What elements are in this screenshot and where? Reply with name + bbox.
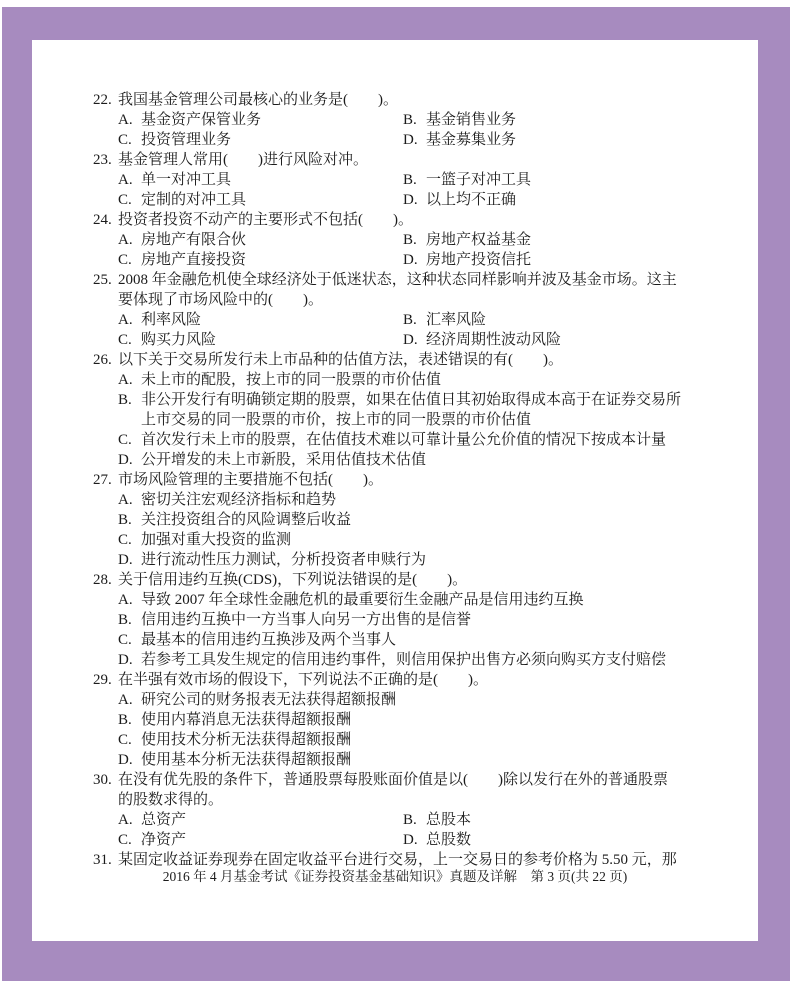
option-label: C. <box>118 830 141 850</box>
option-label: B. <box>118 710 141 730</box>
option-text: 公开增发的未上市新股，采用估值技术估值 <box>141 450 702 470</box>
option-group: A.房地产有限合伙B.房地产权益基金C.房地产直接投资D.房地产投资信托 <box>118 230 702 270</box>
question-item: 30.在没有优先股的条件下，普通股票每股账面价值是以( )除以发行在外的普通股票… <box>93 770 702 850</box>
option-row: A.基金资产保管业务 <box>118 110 403 130</box>
option-text: 房地产投资信托 <box>426 250 702 270</box>
question-number: 28. <box>93 570 118 590</box>
option-row: B.房地产权益基金 <box>403 230 702 250</box>
question-list: 22.我国基金管理公司最核心的业务是( )。A.基金资产保管业务B.基金销售业务… <box>93 90 702 870</box>
option-label: B. <box>118 390 141 410</box>
option-row: A.未上市的配股，按上市的同一股票的市价估值 <box>118 370 702 390</box>
option-row: D.经济周期性波动风险 <box>403 330 702 350</box>
option-row: C.最基本的信用违约互换涉及两个当事人 <box>118 630 702 650</box>
option-label: C. <box>118 630 141 650</box>
question-number: 22. <box>93 90 118 110</box>
option-label: B. <box>403 170 426 190</box>
option-text: 若参考工具发生规定的信用违约事件，则信用保护出售方必须向购买方支付赔偿 <box>141 650 702 670</box>
option-label: C. <box>118 250 141 270</box>
question-number: 26. <box>93 350 118 370</box>
option-label: D. <box>118 450 141 470</box>
option-row: D.总股数 <box>403 830 702 850</box>
option-text: 基金募集业务 <box>426 130 702 150</box>
option-label: D. <box>403 330 426 350</box>
question-stem: 2008 年金融危机使全球经济处于低迷状态，这种状态同样影响并波及基金市场。这主… <box>118 270 702 310</box>
option-text: 使用内幕消息无法获得超额报酬 <box>141 710 702 730</box>
question-item: 28.关于信用违约互换(CDS)，下列说法错误的是( )。A.导致 2007 年… <box>93 570 702 670</box>
option-label: B. <box>403 310 426 330</box>
option-label: B. <box>118 610 141 630</box>
option-text: 以上均不正确 <box>426 190 702 210</box>
option-label: D. <box>403 250 426 270</box>
option-text: 加强对重大投资的监测 <box>141 530 702 550</box>
option-label: B. <box>403 230 426 250</box>
option-text: 总资产 <box>141 810 403 830</box>
question-number: 30. <box>93 770 118 790</box>
option-row: D.以上均不正确 <box>403 190 702 210</box>
option-group: A.基金资产保管业务B.基金销售业务C.投资管理业务D.基金募集业务 <box>118 110 702 150</box>
option-label: C. <box>118 330 141 350</box>
option-text: 定制的对冲工具 <box>141 190 403 210</box>
option-group: A.研究公司的财务报表无法获得超额报酬B.使用内幕消息无法获得超额报酬C.使用技… <box>118 690 702 770</box>
option-text: 利率风险 <box>141 310 403 330</box>
question-item: 27.市场风险管理的主要措施不包括( )。A.密切关注宏观经济指标和趋势B.关注… <box>93 470 702 570</box>
question-number: 25. <box>93 270 118 290</box>
question-stem: 关于信用违约互换(CDS)，下列说法错误的是( )。 <box>118 570 702 590</box>
option-row: D.若参考工具发生规定的信用违约事件，则信用保护出售方必须向购买方支付赔偿 <box>118 650 702 670</box>
option-label: D. <box>403 190 426 210</box>
option-label: A. <box>118 230 141 250</box>
option-row: B.关注投资组合的风险调整后收益 <box>118 510 702 530</box>
question-number: 24. <box>93 210 118 230</box>
option-row: C.房地产直接投资 <box>118 250 403 270</box>
option-text: 关注投资组合的风险调整后收益 <box>141 510 702 530</box>
option-text: 经济周期性波动风险 <box>426 330 702 350</box>
option-row: C.定制的对冲工具 <box>118 190 403 210</box>
option-text: 研究公司的财务报表无法获得超额报酬 <box>141 690 702 710</box>
question-stem: 投资者投资不动产的主要形式不包括( )。 <box>118 210 702 230</box>
option-text: 房地产有限合伙 <box>141 230 403 250</box>
option-row: B.总股本 <box>403 810 702 830</box>
option-label: B. <box>403 810 426 830</box>
option-label: A. <box>118 370 141 390</box>
option-text: 进行流动性压力测试，分析投资者申赎行为 <box>141 550 702 570</box>
option-text: 基金资产保管业务 <box>141 110 403 130</box>
option-label: C. <box>118 730 141 750</box>
option-label: A. <box>118 310 141 330</box>
option-label: A. <box>118 110 141 130</box>
option-label: A. <box>118 490 141 510</box>
option-group: A.未上市的配股，按上市的同一股票的市价估值B.非公开发行有明确锁定期的股票，如… <box>118 370 702 470</box>
question-number: 29. <box>93 670 118 690</box>
option-label: C. <box>118 430 141 450</box>
option-text: 使用技术分析无法获得超额报酬 <box>141 730 702 750</box>
option-label: D. <box>403 130 426 150</box>
option-text: 投资管理业务 <box>141 130 403 150</box>
option-text: 购买力风险 <box>141 330 403 350</box>
question-item: 25.2008 年金融危机使全球经济处于低迷状态，这种状态同样影响并波及基金市场… <box>93 270 702 350</box>
option-row: D.公开增发的未上市新股，采用估值技术估值 <box>118 450 702 470</box>
page-footer: 2016 年 4 月基金考试《证券投资基金基础知识》真题及详解 第 3 页(共 … <box>32 867 758 887</box>
option-row: A.总资产 <box>118 810 403 830</box>
option-row: A.研究公司的财务报表无法获得超额报酬 <box>118 690 702 710</box>
question-number: 23. <box>93 150 118 170</box>
option-row: A.导致 2007 年全球性金融危机的最重要衍生金融产品是信用违约互换 <box>118 590 702 610</box>
option-text: 单一对冲工具 <box>141 170 403 190</box>
option-row: A.房地产有限合伙 <box>118 230 403 250</box>
option-row: D.基金募集业务 <box>403 130 702 150</box>
question-stem: 在半强有效市场的假设下，下列说法不正确的是( )。 <box>118 670 702 690</box>
option-row: A.单一对冲工具 <box>118 170 403 190</box>
option-label: A. <box>118 590 141 610</box>
option-row: A.利率风险 <box>118 310 403 330</box>
option-row: B.非公开发行有明确锁定期的股票，如果在估值日其初始取得成本高于在证券交易所 上… <box>118 390 702 430</box>
question-item: 22.我国基金管理公司最核心的业务是( )。A.基金资产保管业务B.基金销售业务… <box>93 90 702 150</box>
option-row: B.使用内幕消息无法获得超额报酬 <box>118 710 702 730</box>
question-number: 27. <box>93 470 118 490</box>
option-row: C.购买力风险 <box>118 330 403 350</box>
option-row: C.净资产 <box>118 830 403 850</box>
option-row: D.房地产投资信托 <box>403 250 702 270</box>
option-text: 一篮子对冲工具 <box>426 170 702 190</box>
question-stem: 基金管理人常用( )进行风险对冲。 <box>118 150 702 170</box>
option-row: D.进行流动性压力测试，分析投资者申赎行为 <box>118 550 702 570</box>
option-label: D. <box>118 750 141 770</box>
option-text: 总股数 <box>426 830 702 850</box>
option-group: A.总资产B.总股本C.净资产D.总股数 <box>118 810 702 850</box>
option-text: 密切关注宏观经济指标和趋势 <box>141 490 702 510</box>
option-row: D.使用基本分析无法获得超额报酬 <box>118 750 702 770</box>
option-text: 房地产直接投资 <box>141 250 403 270</box>
option-label: A. <box>118 170 141 190</box>
option-text: 使用基本分析无法获得超额报酬 <box>141 750 702 770</box>
option-text: 未上市的配股，按上市的同一股票的市价估值 <box>141 370 702 390</box>
question-stem: 以下关于交易所发行未上市品种的估值方法，表述错误的有( )。 <box>118 350 702 370</box>
option-text: 房地产权益基金 <box>426 230 702 250</box>
option-label: C. <box>118 530 141 550</box>
option-label: D. <box>118 550 141 570</box>
option-label: D. <box>118 650 141 670</box>
option-text: 非公开发行有明确锁定期的股票，如果在估值日其初始取得成本高于在证券交易所 上市交… <box>141 390 702 430</box>
question-item: 29.在半强有效市场的假设下，下列说法不正确的是( )。A.研究公司的财务报表无… <box>93 670 702 770</box>
option-label: C. <box>118 130 141 150</box>
option-text: 净资产 <box>141 830 403 850</box>
option-group: A.单一对冲工具B.一篮子对冲工具C.定制的对冲工具D.以上均不正确 <box>118 170 702 210</box>
option-row: C.投资管理业务 <box>118 130 403 150</box>
option-row: B.一篮子对冲工具 <box>403 170 702 190</box>
question-stem: 我国基金管理公司最核心的业务是( )。 <box>118 90 702 110</box>
question-item: 26.以下关于交易所发行未上市品种的估值方法，表述错误的有( )。A.未上市的配… <box>93 350 702 470</box>
option-text: 汇率风险 <box>426 310 702 330</box>
option-label: B. <box>403 110 426 130</box>
question-item: 23.基金管理人常用( )进行风险对冲。A.单一对冲工具B.一篮子对冲工具C.定… <box>93 150 702 210</box>
option-text: 基金销售业务 <box>426 110 702 130</box>
option-row: C.首次发行未上市的股票，在估值技术难以可靠计量公允价值的情况下按成本计量 <box>118 430 702 450</box>
scanned-document-canvas: 22.我国基金管理公司最核心的业务是( )。A.基金资产保管业务B.基金销售业务… <box>0 0 790 981</box>
question-item: 24.投资者投资不动产的主要形式不包括( )。A.房地产有限合伙B.房地产权益基… <box>93 210 702 270</box>
question-stem: 在没有优先股的条件下，普通股票每股账面价值是以( )除以发行在外的普通股票 的股… <box>118 770 702 810</box>
option-row: C.加强对重大投资的监测 <box>118 530 702 550</box>
option-text: 最基本的信用违约互换涉及两个当事人 <box>141 630 702 650</box>
option-group: A.密切关注宏观经济指标和趋势B.关注投资组合的风险调整后收益C.加强对重大投资… <box>118 490 702 570</box>
option-label: B. <box>118 510 141 530</box>
option-row: B.汇率风险 <box>403 310 702 330</box>
question-stem: 市场风险管理的主要措施不包括( )。 <box>118 470 702 490</box>
option-text: 信用违约互换中一方当事人向另一方出售的是信誉 <box>141 610 702 630</box>
option-row: B.基金销售业务 <box>403 110 702 130</box>
option-group: A.导致 2007 年全球性金融危机的最重要衍生金融产品是信用违约互换B.信用违… <box>118 590 702 670</box>
option-label: D. <box>403 830 426 850</box>
option-row: C.使用技术分析无法获得超额报酬 <box>118 730 702 750</box>
option-text: 总股本 <box>426 810 702 830</box>
option-group: A.利率风险B.汇率风险C.购买力风险D.经济周期性波动风险 <box>118 310 702 350</box>
option-label: A. <box>118 690 141 710</box>
option-text: 导致 2007 年全球性金融危机的最重要衍生金融产品是信用违约互换 <box>141 590 702 610</box>
option-row: A.密切关注宏观经济指标和趋势 <box>118 490 702 510</box>
option-row: B.信用违约互换中一方当事人向另一方出售的是信誉 <box>118 610 702 630</box>
exam-page: 22.我国基金管理公司最核心的业务是( )。A.基金资产保管业务B.基金销售业务… <box>32 40 758 941</box>
option-label: C. <box>118 190 141 210</box>
option-label: A. <box>118 810 141 830</box>
option-text: 首次发行未上市的股票，在估值技术难以可靠计量公允价值的情况下按成本计量 <box>141 430 702 450</box>
